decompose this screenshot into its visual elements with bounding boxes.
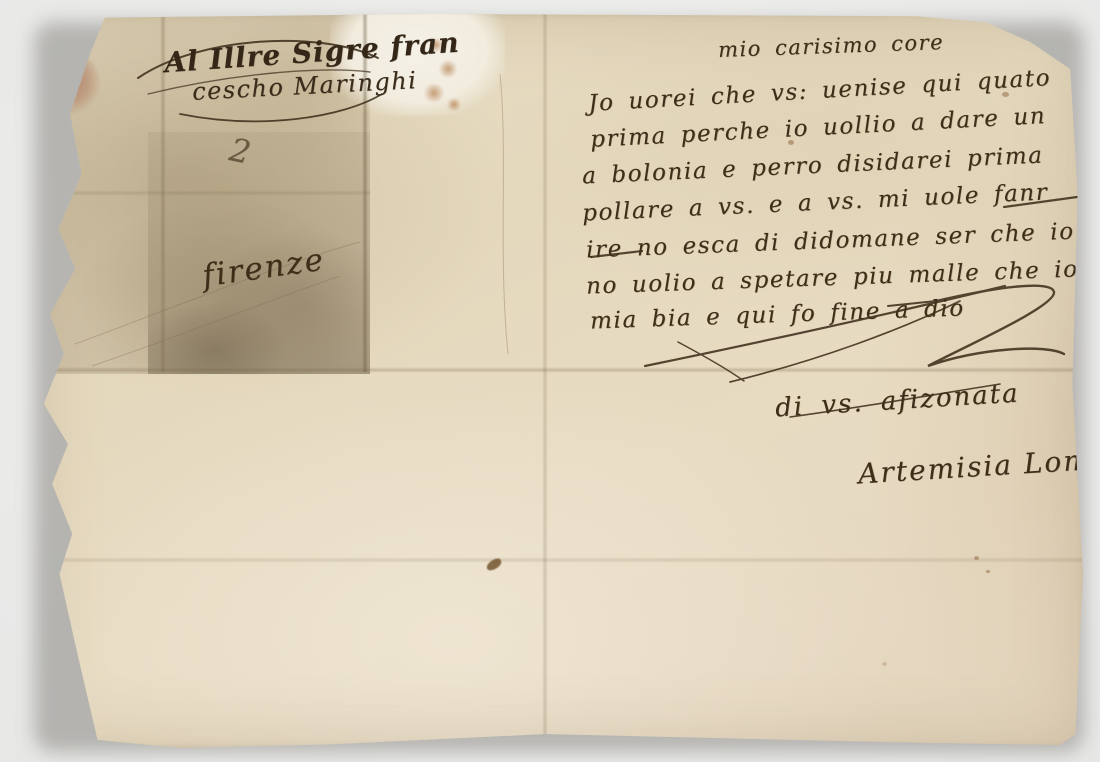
fold-crease-horizontal-3 — [40, 190, 370, 196]
salutation: mio carisimo core — [718, 30, 945, 62]
closing-line: di vs. afizonata — [774, 379, 1020, 424]
stain-speckle-5 — [882, 662, 887, 666]
signature: Artemisia Lomi — [857, 443, 1100, 491]
body-line-7: mia bia e qui fo fine a dio — [590, 295, 966, 334]
body-line-4: pollare a vs. e a vs. mi uole fanr — [582, 179, 1049, 226]
letter-sheet: Al Illre Sigre fran cescho Maringhi 2 fi… — [30, 14, 1085, 748]
stain-speckle-4 — [986, 570, 990, 573]
fold-crease-horizontal-1 — [30, 367, 1085, 373]
body-line-5: ire no esca di didomane ser che io — [586, 219, 1075, 264]
letter-photo-stage: Al Illre Sigre fran cescho Maringhi 2 fi… — [0, 0, 1100, 762]
rust-stain-2 — [438, 60, 458, 78]
body-line-6: no uolio a spetare piu malle che io — [586, 256, 1079, 299]
fold-crease-horizontal-2 — [30, 557, 1085, 563]
rust-stain-4 — [446, 98, 462, 111]
rust-stain-3 — [422, 84, 446, 102]
fold-crease-vertical-3 — [542, 14, 548, 748]
